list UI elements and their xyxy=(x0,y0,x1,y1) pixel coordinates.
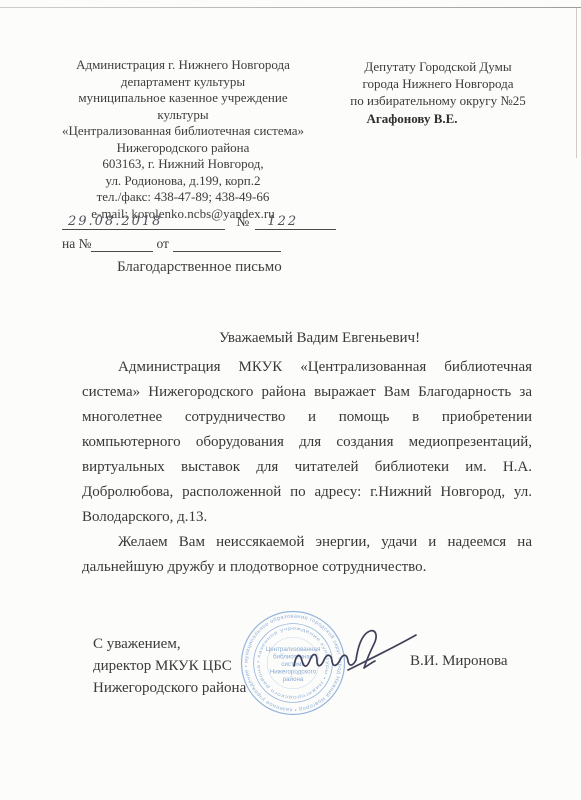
letter-title: Благодарственное письмо xyxy=(117,259,282,276)
reference-date-row: 29.08.2018 № 122 xyxy=(62,211,336,230)
signer-name: В.И. Миронова xyxy=(410,653,508,670)
sender-phone-line: тел./факс: 438-47-89; 438-49-66 xyxy=(33,189,333,206)
number-underline: 122 xyxy=(255,213,336,230)
sender-line: Нижегородского района xyxy=(33,140,333,157)
closing-block: С уважением, директор МКУК ЦБС Нижегород… xyxy=(93,633,246,699)
sender-line: культуры xyxy=(33,107,333,124)
sender-line: «Централизованная библиотечная система» xyxy=(33,123,333,140)
recipient-line: города Нижнего Новгорода xyxy=(332,75,544,92)
sender-line: муниципальное казенное учреждение xyxy=(33,90,333,107)
recipient-name: Агафонову В.Е. xyxy=(332,110,544,127)
recipient-block: Депутату Городской Думы города Нижнего Н… xyxy=(332,58,544,127)
reply-na-label: на № xyxy=(62,236,91,252)
scan-artifact-right-line xyxy=(576,8,577,158)
stamp-center-line: района xyxy=(283,676,304,683)
body-paragraph: Администрация МКУК «Централизованная биб… xyxy=(82,355,532,530)
letter-body: Администрация МКУК «Централизованная биб… xyxy=(82,355,532,580)
recipient-line: по избирательному округу №25 xyxy=(332,92,544,109)
scan-artifact-top-line xyxy=(0,7,581,8)
date-underline: 29.08.2018 xyxy=(62,213,225,230)
reply-ot-label: от xyxy=(156,236,168,252)
closing-line: С уважением, xyxy=(93,633,246,655)
closing-line: директор МКУК ЦБС xyxy=(93,655,246,677)
reference-reply-row: на № от xyxy=(62,233,336,252)
signature-icon xyxy=(288,622,423,677)
reply-date-underline xyxy=(173,235,281,252)
sender-letterhead: Администрация г. Нижнего Новгорода депар… xyxy=(33,57,333,222)
number-sign-label: № xyxy=(236,214,249,230)
handwritten-date: 29.08.2018 xyxy=(68,214,162,229)
reference-block: 29.08.2018 № 122 на № от xyxy=(62,211,336,252)
salutation: Уважаемый Вадим Евгеньевич! xyxy=(219,330,420,347)
closing-line: Нижегородского района xyxy=(93,677,246,699)
scanned-letter-page: Администрация г. Нижнего Новгорода депар… xyxy=(0,0,581,800)
sender-address-line: 603163, г. Нижний Новгород, xyxy=(33,156,333,173)
reply-number-underline xyxy=(91,235,153,252)
recipient-line: Депутату Городской Думы xyxy=(332,58,544,75)
body-paragraph: Желаем Вам неиссякаемой энергии, удачи и… xyxy=(82,530,532,580)
sender-line: Администрация г. Нижнего Новгорода xyxy=(33,57,333,74)
sender-address-line: ул. Родионова, д.199, корп.2 xyxy=(33,173,333,190)
sender-line: департамент культуры xyxy=(33,74,333,91)
handwritten-number: 122 xyxy=(267,214,298,229)
